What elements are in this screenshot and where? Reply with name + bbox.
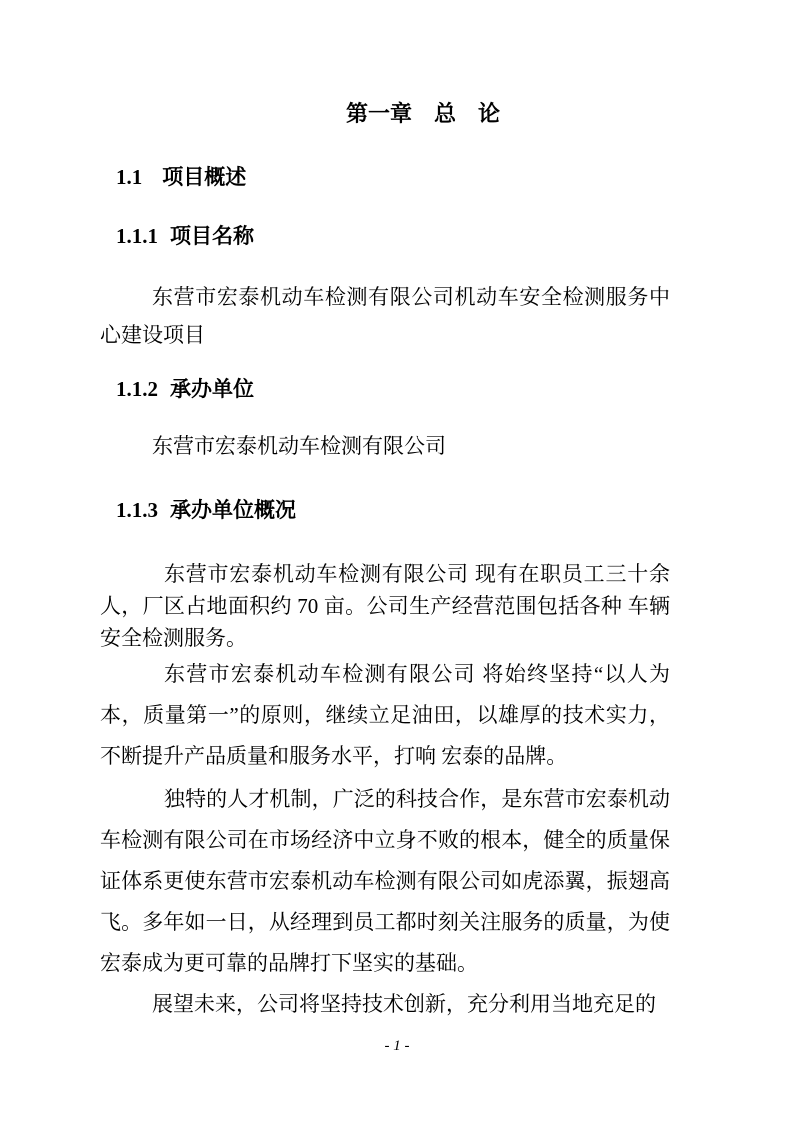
- paragraph-company-overview-3: 独特的人才机制，广泛的科技合作，是东营市宏泰机动车检测有限公司在市场经济中立身不…: [100, 779, 670, 984]
- heading-1-1-number: 1.1: [116, 165, 142, 189]
- heading-1-1-1: 1.1.1项目名称: [116, 223, 670, 250]
- paragraph-undertaker: 东营市宏泰机动车检测有限公司: [100, 427, 670, 465]
- paragraph-company-overview-1: 东营市宏泰机动车检测有限公司 现有在职员工三十余人，厂区占地面积约 70 亩。公…: [100, 558, 670, 654]
- heading-1-1-1-number: 1.1.1: [116, 224, 158, 248]
- heading-1-1-3-label: 承办单位概况: [170, 499, 296, 522]
- document-content: 第一章 总 论 1.1项目概述 1.1.1项目名称 东营市宏泰机动车检测有限公司…: [100, 100, 670, 1025]
- heading-1-1-2: 1.1.2承办单位: [116, 376, 670, 403]
- heading-1-1-2-label: 承办单位: [170, 378, 254, 401]
- heading-1-1-3: 1.1.3承办单位概况: [116, 497, 670, 524]
- page-footer: - 1 -: [0, 1036, 794, 1056]
- heading-1-1-3-number: 1.1.3: [116, 498, 158, 522]
- document-page: 第一章 总 论 1.1项目概述 1.1.1项目名称 东营市宏泰机动车检测有限公司…: [0, 0, 794, 1123]
- heading-1-1-1-label: 项目名称: [170, 225, 254, 248]
- heading-1-1: 1.1项目概述: [116, 164, 670, 191]
- chapter-title: 第一章 总 论: [138, 100, 708, 128]
- paragraph-project-name: 东营市宏泰机动车检测有限公司机动车安全检测服务中心建设项目: [100, 278, 670, 354]
- paragraph-company-overview-2: 东营市宏泰机动车检测有限公司 将始终坚持“以人为本，质量第一”的原则，继续立足油…: [100, 654, 670, 777]
- paragraph-future-outlook: 展望未来，公司将坚持技术创新，充分利用当地充足的: [100, 984, 670, 1025]
- heading-1-1-label: 项目概述: [162, 166, 246, 189]
- page-number: - 1 -: [385, 1038, 410, 1054]
- heading-1-1-2-number: 1.1.2: [116, 377, 158, 401]
